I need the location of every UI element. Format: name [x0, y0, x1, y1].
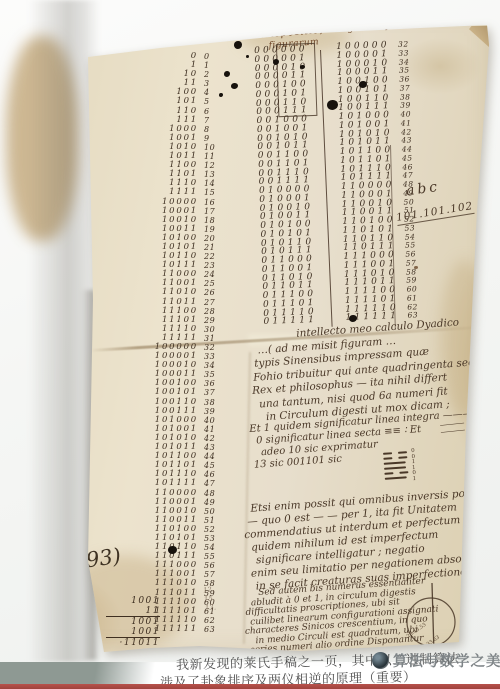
text-line: in Circulum digesti ut mox dicam ;: [266, 395, 494, 424]
hexagram-line: [384, 466, 408, 473]
text-line: Etsi enim possit qui omnibus inversis po…: [250, 486, 489, 516]
text-line: Fohio tribuitur qui ante quadringenta se…: [253, 355, 491, 385]
table-row: 11000048: [341, 180, 414, 191]
binary-table-col2: 0000000000010000100000110001000001010001…: [254, 45, 317, 327]
hexagram-bit: 1: [412, 465, 416, 471]
table-row: 00: [138, 52, 230, 61]
horizontal-crease: [90, 325, 487, 352]
table-row: 1117: [138, 116, 230, 125]
table-row: 11: [138, 61, 230, 70]
binary-table-col3: 1000003210000133100010341000113510010036…: [336, 40, 418, 322]
table-row: 1004: [138, 88, 230, 97]
text-line: ⸻: [439, 420, 465, 430]
table-row: 11011054: [343, 233, 416, 244]
table-row: 10110044: [138, 452, 230, 461]
multiplication-row: 1001: [106, 596, 160, 606]
svg-text:23.43.53: 23.43.53: [406, 622, 428, 640]
table-row: 1111131: [138, 334, 230, 343]
table-row: 010101: [260, 229, 314, 240]
table-row: 111115: [138, 188, 230, 197]
table-row: 101111: [138, 152, 230, 161]
table-row: 1000016: [138, 198, 230, 207]
ink-blot: [327, 100, 338, 110]
table-row: 1001018: [138, 216, 230, 225]
text-line: 0 significatur linea secta ≡≡ ∶ Et: [256, 420, 474, 447]
table-row: 11111062: [138, 616, 230, 625]
text-line: typis Sinensibus impressam quæ: [254, 341, 490, 371]
table-row: 10101042: [138, 434, 230, 443]
hexagram-bit: 1: [412, 460, 416, 466]
ink-blot: [224, 71, 230, 77]
table-row: 11000149: [138, 498, 230, 507]
side-figures: 12.15.13.: [203, 585, 217, 613]
hexagram-line: [384, 461, 408, 468]
table-row: 11111062: [345, 303, 418, 314]
table-row: 1110129: [138, 316, 230, 325]
ink-blot: [414, 266, 418, 269]
ink-blot: [219, 93, 223, 97]
table-row: 10000032: [138, 343, 230, 352]
text-line: 13.: [205, 603, 217, 613]
table-row: 11011155: [138, 552, 230, 561]
table-row: 010011: [260, 211, 314, 222]
text-line: intellecto meo calculo Dyadico: [296, 314, 488, 341]
watermark-logo-icon: [372, 652, 389, 669]
table-row: 11110060: [138, 598, 230, 607]
table-row: 010100: [260, 220, 314, 231]
table-row: 11100157: [344, 259, 417, 270]
table-row: 11001050: [341, 198, 414, 209]
table-row: 010000: [259, 185, 313, 196]
stain: [240, 20, 350, 54]
table-row: 11101058: [344, 268, 417, 279]
table-row: 11101058: [138, 579, 230, 588]
hexagram-rules-text: Et 1 quidem significatur linea integra —…: [249, 408, 476, 471]
table-row: 10110044: [340, 145, 413, 156]
table-row: 10101143: [138, 443, 230, 452]
hexagram-line: [385, 476, 409, 483]
table-row: 11001151: [342, 207, 415, 218]
multiplication-row: 1001: [106, 627, 160, 638]
table-row: 011000: [261, 255, 315, 266]
margin-note-numbers: 101.101.102: [395, 200, 474, 226]
table-row: 11000048: [138, 489, 230, 498]
table-row: 10111046: [138, 470, 230, 479]
table-row: 011111: [263, 316, 317, 327]
table-row: 10010036: [138, 379, 230, 388]
hexagram-bits-column: 001101: [411, 449, 416, 482]
table-row: 10011038: [338, 93, 411, 104]
table-row: 011110: [263, 307, 317, 318]
table-row: 1000117: [138, 207, 230, 216]
table-row: 11101159: [138, 589, 230, 598]
page-number: 93): [84, 544, 122, 573]
text-line: commendatius ut interdum et perfectum: [244, 512, 491, 542]
table-row: 011011: [262, 281, 316, 292]
table-row: 10100141: [138, 425, 230, 434]
table-row: 110012: [138, 161, 230, 170]
table-row: 10100040: [138, 416, 230, 425]
table-row: 010111: [261, 246, 315, 257]
table-row: 000101: [256, 89, 310, 100]
ink-blot: [300, 65, 305, 69]
table-row: 1100024: [138, 270, 230, 279]
table-row: 000110: [256, 98, 310, 109]
table-row: 10011139: [338, 102, 411, 113]
watermark: 算法与数学之美: [372, 650, 500, 671]
table-row: 1110028: [138, 307, 230, 316]
table-row: 10100040: [338, 110, 411, 121]
hexagram-figure: [383, 451, 409, 483]
text-line: Rex et philosophus — ita nihil differt: [252, 368, 492, 398]
latin-paragraph-2: Etsi enim possit qui omnibus inversis po…: [246, 486, 495, 594]
text-line: adeo 10 sic exprimatur: [261, 432, 475, 459]
text-line: Et 1 quidem significatur linea integra —…: [249, 408, 473, 436]
header-left: Mea 第 Tabula: [147, 22, 188, 49]
table-row: 000011: [255, 71, 309, 82]
table-row: 10019: [138, 134, 230, 143]
table-row: 10111147: [341, 172, 414, 183]
watermark-text: 算法与数学之美: [393, 650, 500, 671]
ink-blot: [168, 546, 177, 554]
table-row: 10100141: [339, 119, 412, 130]
text-line: difficultatis proscriptiones, ubi sit: [245, 596, 438, 619]
table-row: 10001135: [138, 370, 230, 379]
table-row: 001001: [257, 124, 311, 135]
table-row: 011010: [262, 272, 316, 283]
table-row: 10111147: [138, 479, 230, 488]
ink-blot: [465, 635, 471, 641]
table-row: 11000149: [341, 189, 414, 200]
multiplication-row: ·11011: [106, 638, 160, 648]
table-row: 11100056: [138, 561, 230, 570]
table-row: 10110145: [138, 461, 230, 470]
ink-blot: [231, 83, 238, 89]
latin-paragraph-1: intellecto meo calculo Dyadico…( ad me m…: [250, 314, 494, 425]
table-row: 11110161: [345, 294, 418, 305]
manuscript-paper: Mea 第 Tabula Dispositio, Fohy antiquissi…: [0, 0, 500, 662]
table-row: 11001050: [138, 507, 230, 516]
table-row: 10101042: [339, 128, 412, 139]
hexagram-line: [384, 471, 408, 478]
table-row: 011001: [262, 264, 316, 275]
table-row: 11111163: [138, 625, 230, 634]
header-title: Dispositio, Fohy antiquissimi figurarum: [261, 15, 430, 52]
table-row: 11011155: [343, 242, 416, 253]
table-row: 011101: [263, 299, 317, 310]
table-row: 10010137: [138, 388, 230, 397]
table-row: 10001034: [138, 361, 230, 370]
table-row: 11011054: [138, 543, 230, 552]
table-row: 11100157: [138, 570, 230, 579]
table-row: 010010: [259, 203, 313, 214]
table-row: 10011139: [138, 407, 230, 416]
column-separator-line: [390, 145, 396, 330]
hexagram-bit: 1: [413, 476, 417, 482]
table-row: 10000133: [138, 352, 230, 361]
latin-paragraph-bottom: Sed autem bis numerus essentialiterablud…: [244, 577, 441, 657]
table-row: 10011038: [138, 398, 230, 407]
table-row: 10101143: [339, 137, 412, 148]
stain: [60, 555, 190, 650]
table-row: 1100125: [138, 279, 230, 288]
binary-multiplication: 10011110011001·11011: [106, 596, 160, 648]
table-row: 10110145: [340, 154, 413, 165]
table-row: 11101159: [344, 277, 417, 288]
table-row: 11001151: [138, 516, 230, 525]
table-row: 10001135: [337, 67, 410, 78]
circle-diagram: 23.43.53 33.63: [398, 580, 464, 656]
table-row: 1011022: [138, 252, 230, 261]
hexagram-line: [383, 456, 407, 463]
table-row: 11010052: [138, 525, 230, 534]
crease-patch: [248, 334, 310, 346]
table-row: 000000: [254, 45, 308, 56]
table-row: 001101: [258, 159, 312, 170]
hexagram-bit: 0: [411, 454, 415, 460]
table-row: 11010153: [138, 534, 230, 543]
ink-blot: [246, 55, 249, 58]
table-row: 011100: [263, 290, 317, 301]
table-row: 010001: [259, 194, 313, 205]
text-line: …( ad me misit figuram …: [257, 328, 489, 358]
margin-dashes: ⸻⸻: [439, 420, 465, 437]
table-row: 000001: [254, 54, 308, 65]
table-row: 1015: [138, 97, 230, 106]
table-row: 10010036: [337, 75, 410, 86]
svg-text:33.63: 33.63: [426, 635, 441, 648]
screenshot: Mea 第 Tabula Dispositio, Fohy antiquissi…: [0, 0, 500, 689]
vertical-crease: [243, 352, 251, 644]
manuscript-photo: Mea 第 Tabula Dispositio, Fohy antiquissi…: [0, 0, 500, 662]
table-row: 11100056: [343, 250, 416, 261]
text-line: quidem nihilum id est imperfectum: [251, 525, 492, 555]
table-row: 001100: [258, 150, 312, 161]
text-line: characteres Sinicos crescentium, in quo: [245, 614, 440, 637]
text-line: 13 sic 001101 sic: [254, 444, 476, 471]
table-row: 1001119: [138, 225, 230, 234]
table-row: 10000133: [336, 49, 409, 60]
table-row: 1011123: [138, 261, 230, 270]
table-row: 1010020: [138, 234, 230, 243]
text-line: 12.: [203, 585, 215, 595]
red-accent-bar: [0, 684, 500, 689]
table-row: 110113: [138, 170, 230, 179]
column-separator-line: [320, 50, 333, 327]
table-row: 11110060: [345, 285, 418, 296]
margin-note-letters: abc: [405, 179, 441, 200]
text-line: una tantum, nisi quod 6a numeri fit: [259, 382, 493, 412]
folded-corner: [469, 26, 490, 48]
paper-shadow: Mea 第 Tabula Dispositio, Fohy antiquissi…: [0, 0, 500, 662]
table-row: 10010137: [338, 84, 411, 95]
table-row: 1010121: [138, 243, 230, 252]
table-row: 001011: [257, 141, 311, 152]
multiplication-row: 11: [106, 606, 160, 617]
text-line: significare intelligatur ; negatio: [256, 538, 493, 568]
binary-table-col1: 0011102113100410151106111710008100191010…: [138, 52, 230, 634]
table-row: 001010: [257, 133, 311, 144]
text-line: ⸻: [440, 427, 466, 437]
hexagram-bit: 0: [412, 471, 416, 477]
text-line: 15.: [204, 594, 216, 604]
table-row: 102: [138, 70, 230, 79]
table-row: 1101127: [138, 298, 230, 307]
table-row: 10111046: [340, 163, 413, 174]
text-line: abludit à 0 et 1, in circulum digestis: [251, 586, 438, 608]
table-row: 1111030: [138, 325, 230, 334]
table-row: 10001034: [337, 58, 410, 69]
table-row: 001110: [258, 168, 312, 179]
table-row: 10000032: [336, 40, 409, 51]
table-row: 000010: [255, 63, 309, 74]
ink-blot: [359, 81, 367, 88]
ink-blot: [349, 315, 357, 322]
table-row: 11110161: [138, 607, 230, 616]
table-row: 000111: [256, 106, 310, 117]
table-row: 10008: [138, 125, 230, 134]
hexagram-line: [383, 451, 407, 458]
highlight-box: [276, 43, 318, 117]
table-row: 11010153: [342, 224, 415, 235]
table-row: 1106: [138, 107, 230, 116]
table-row: 001111: [259, 176, 313, 187]
table-row: 101010: [138, 143, 230, 152]
text-line: enim seu limitatio per negationem absolu…: [251, 551, 494, 581]
table-row: 000100: [255, 80, 309, 91]
table-row: 113: [138, 79, 230, 88]
text-line: in se facit creaturas suas imperfectione…: [255, 564, 494, 594]
ink-blot: [273, 59, 279, 65]
table-row: 11010052: [342, 215, 415, 226]
table-row: 11111163: [345, 312, 418, 323]
ink-blot: [234, 41, 242, 49]
text-line: in medio Circuli est quadratum, ubi: [255, 624, 440, 646]
table-row: 001000: [256, 115, 310, 126]
text-line: — quo 0 est — — per 1, ita fit Unitatem: [247, 499, 490, 529]
multiplication-row: 1001: [106, 617, 160, 627]
table-row: 010110: [261, 238, 315, 249]
text-line: cuilibet linearum configurationi assigna…: [250, 605, 439, 628]
text-line: Sed autem bis numerus essentialiter: [258, 577, 437, 599]
stain: [440, 260, 490, 420]
table-row: 111014: [138, 179, 230, 188]
table-row: 1101026: [138, 288, 230, 297]
hexagram-bit: 0: [411, 449, 415, 455]
